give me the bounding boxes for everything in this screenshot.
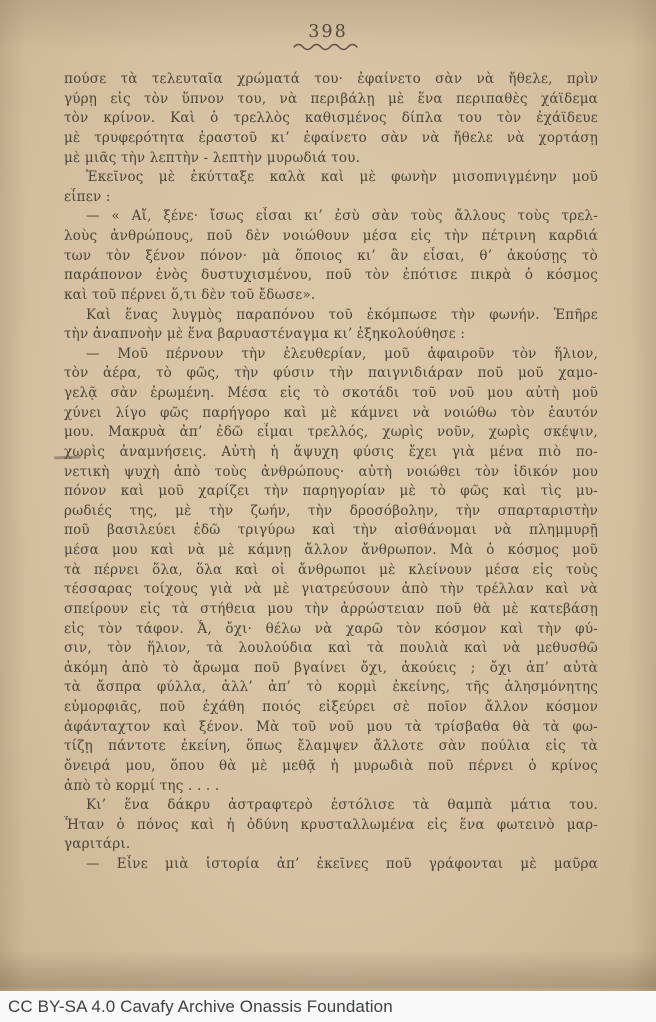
text-line: ἀπὸ τὸ κορμί της . . . . [64,777,598,797]
text-line: ὄνειρά μου, ὅπου θὰ μὲ μεθᾷ ἡ μυρωδιὰ πο… [64,757,598,777]
license-bar: CC BY-SA 4.0 Cavafy Archive Onassis Foun… [0,991,656,1022]
license-text: CC BY-SA 4.0 Cavafy Archive Onassis Foun… [8,997,393,1017]
text-line: — Εἶνε μιὰ ἱστορία ἀπ’ ἐκεῖνες ποῦ γράφο… [64,855,598,875]
text-line: τὸν κρίνον. Καὶ ὁ τρελλὸς καθισμένος δίπ… [64,109,598,129]
text-line: γαριτάρι. [64,835,598,855]
page-text-block: πούσε τὰ τελευταῖα χρώματά του· ἐφαίνετο… [64,70,598,875]
text-line: παράπονον ἑνὸς δυστυχισμένου, ποῦ τὸν ἐπ… [64,266,598,286]
text-line: τὴν ἀναπνοὴν μὲ ἕνα βαρυαστέναγμα κι’ ἐξ… [64,325,598,345]
text-line: Ἐκεῖνος μὲ ἐκύτταξε καλὰ καὶ μὲ φωνὴν μι… [64,168,598,188]
text-line: μὲ τρυφερότητα ἐραστοῦ κι’ ἐφαίνετο σὰν … [64,129,598,149]
text-line: τὰ πέρνει ὅλα, ὅλα καὶ οἱ ἄνθρωποι μὲ κλ… [64,561,598,581]
text-line: καὶ τοῦ πέρνει ὅ,τι δὲν τοῦ ἔδωσε». [64,286,598,306]
text-line: εὐμορφιᾶς, ποῦ ἐχάθη ποιός εἰξεύρει σὲ π… [64,698,598,718]
text-line: σπείρουν εἰς τὰ στήθεια μου τὴν ἀρρώστει… [64,600,598,620]
text-line: πούσε τὰ τελευταῖα χρώματά του· ἐφαίνετο… [64,70,598,90]
text-line: τὸν ἀέρα, τὸ φῶς, τὴν φύσιν τὴν παιγνιδι… [64,364,598,384]
text-line: Καὶ ἕνας λυγμὸς παραπόνου τοῦ ἐκόμπωσε τ… [64,306,598,326]
text-line: μου. Μακρυὰ ἀπ’ ἐδῶ εἶμαι τρελλός, χωρὶς… [64,423,598,443]
text-line: — Μοῦ πέρνουν τὴν ἐλευθερίαν, μοῦ ἀφαιρο… [64,345,598,365]
text-line: γελᾷ σὰν ἐρωμένη. Μέσα εἰς τὸ σκοτάδι το… [64,384,598,404]
text-line: πόνον καὶ μοῦ χαρίζει τὴν παρηγορίαν μὲ … [64,482,598,502]
text-line: των τὸν ξένον πόνον· μὰ ὅποιος κι’ ἂν εἶ… [64,247,598,267]
text-line: σιν, τὸν ἥλιον, τὰ λουλούδια καὶ τὰ πουλ… [64,639,598,659]
text-line: λοὺς ἀνθρώπους, ποῦ δὲν νοιώθουν μέσα εἰ… [64,227,598,247]
page-header: 398 [0,22,656,52]
text-line: μὲ μιᾶς τὴν λεπτὴν - λεπτὴν μυρωδιά του. [64,149,598,169]
text-line: τὰ ἄσπρα φύλλα, ἀλλ’ ἀπ’ τὸ κορμὶ ἐκείνη… [64,678,598,698]
text-line: τίζῃ πάντοτε ἐκείνη, ὅπως ἔλαμψεν ἄλλοτε… [64,737,598,757]
text-line: νετικὴ ψυχὴ ἀπὸ τοὺς ἀνθρώπους· αὐτὴ νοι… [64,463,598,483]
text-line: ποῦ βασιλεύει ἐδῶ τριγύρω καὶ τὴν αἰσθάν… [64,521,598,541]
book-page-scan: 398 πούσε τὰ τελευταῖα χρώματά του· ἐφαί… [0,0,656,1022]
text-line: — « Αἴ, ξένε· ἴσως εἶσαι κι’ ἐσὺ σὰν τοὺ… [64,207,598,227]
text-line: ἀκόμη ἀπὸ τὸ ἄρωμα ποῦ βγαίνει ὄχι, ἀκού… [64,659,598,679]
text-line: Κι’ ἕνα δάκρυ ἀστραφτερὸ ἐστόλισε τὰ θαμ… [64,796,598,816]
squiggle-underline-icon [292,42,364,52]
text-line: χωρὶς ἀναμνήσεις. Αὐτὴ ἡ ἄψυχη φύσις ἔχε… [64,443,598,463]
text-line: εἶπεν : [64,188,598,208]
text-line: ἀφάνταχτον καὶ ξένον. Μὰ τοῦ νοῦ μου τὰ … [64,718,598,738]
text-line: τέσσαρας τοίχους γιὰ νὰ μὲ γιατρεύσουν ἀ… [64,580,598,600]
text-line: μέσα μου καὶ νὰ μὲ κάμνῃ ἄλλον ἄνθρωπον.… [64,541,598,561]
text-line: εἰς τὸν τάφον. Ἆ, ὄχι· θέλω νὰ χαρῶ τὸν … [64,620,598,640]
text-line: Ἦταν ὁ πόνος καὶ ἡ ὀδύνη κρυσταλλωμένα ε… [64,816,598,836]
text-line: ρωδιές της, μὲ τὴν ζωήν, τὴν δροσόβολην,… [64,502,598,522]
text-line: γύρῃ εἰς τὸν ὕπνον του, νὰ περιβάλῃ μὲ ἕ… [64,90,598,110]
page-number: 398 [0,22,656,42]
text-line: χύνει λίγο φῶς παρήγορο καὶ μὲ κάμνει νὰ… [64,404,598,424]
